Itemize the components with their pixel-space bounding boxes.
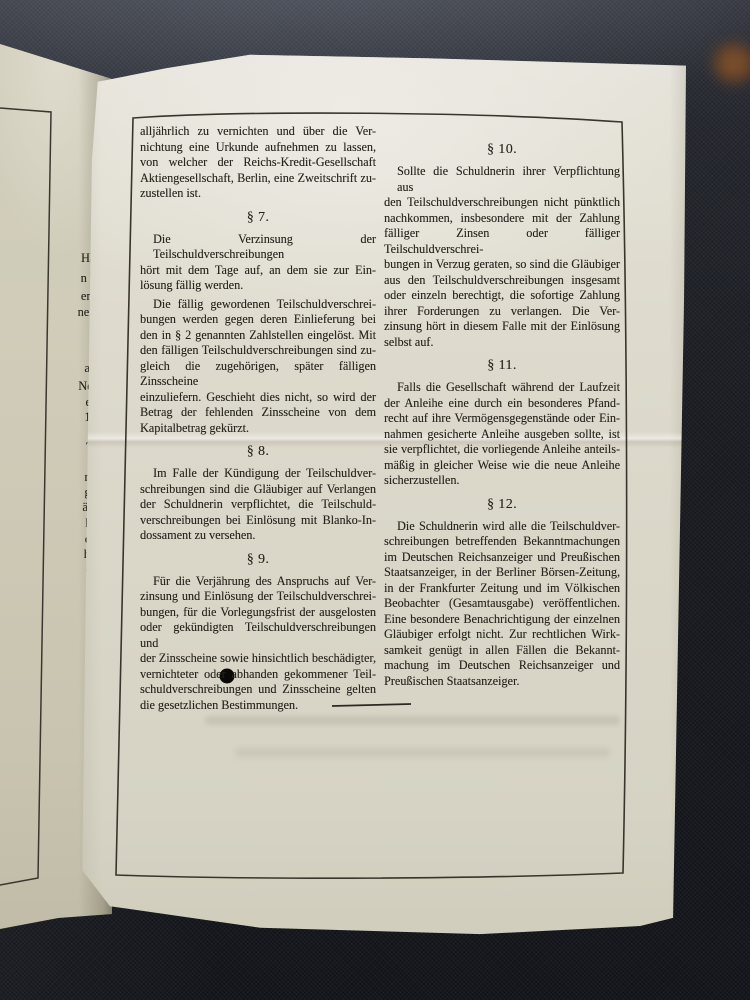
text-line: ihrer Forderungen zu verlangen. Die Ver-: [384, 304, 620, 320]
wood-floor-glimpse: [708, 38, 750, 88]
text-line: im Deutschen Reichsanzeiger und Preußisc…: [384, 550, 620, 566]
text-line: Kapitalbetrag gekürzt.: [140, 421, 376, 437]
text-line: den in § 2 genannten Zahlstellen eingelö…: [140, 328, 376, 344]
text-line: zinsung hört in diesem Falle mit der Ein…: [384, 319, 620, 335]
text-line: Beobachter (Gesamtausgabe) veröffentlich…: [384, 596, 620, 612]
text-line: bungen werden gegen deren Einlieferung b…: [140, 312, 376, 328]
text-line: der Schuldnerin verpflichtet, die Teilsc…: [140, 497, 376, 513]
photo-scene: Halb-n bei-en er-neinesahre;Nenn-e am196…: [0, 0, 750, 1000]
paragraph: alljährlich zu vernichten und über die V…: [140, 124, 376, 202]
text-line: fälliger Zinsen oder fälliger Teilschuld…: [384, 226, 620, 257]
text-line: zinsung und Einlösung der Teilschuldvers…: [140, 589, 376, 605]
text-line: alljährlich zu vernichten und über die V…: [140, 124, 376, 140]
text-line: von welcher der Reichs-Kredit-Gesellscha…: [140, 155, 376, 171]
section-heading: § 9.: [140, 551, 376, 569]
text-line: nahmen gesicherte Anleihe ausgeben sollt…: [384, 427, 620, 443]
paragraph: Falls die Gesellschaft während der Laufz…: [384, 380, 620, 489]
text-line: schreibungen sind die Gläubiger auf Verl…: [140, 482, 376, 498]
text-line: verschreibungen bei Einlösung mit Blanko…: [140, 513, 376, 529]
section-heading: § 12.: [384, 496, 620, 514]
text-line: schuldverschreibungen und Zinsscheine ge…: [140, 682, 376, 698]
text-line: gleich die zugehörigen, später fälligen …: [140, 359, 376, 390]
text-line: hört mit dem Tage auf, an dem sie zur Ei…: [140, 263, 376, 279]
text-line: oder einzeln berechtigt, die sofortige Z…: [384, 288, 620, 304]
paragraph: Die fällig gewordenen Teilschuldverschre…: [140, 297, 376, 437]
text-line: bungen in Verzug geraten, so sind die Gl…: [384, 257, 620, 273]
text-line: Aktiengesellschaft, Berlin, eine Zweitsc…: [140, 171, 376, 187]
text-line: nachkommen, insbesondere mit der Zahlung: [384, 211, 620, 227]
text-line: selbst auf.: [384, 335, 620, 351]
text-line: sicherzustellen.: [384, 473, 620, 489]
text-line: machung im Deutschen Reichsanzeiger und: [384, 658, 620, 674]
text-line: bungen, für die Vorlegungsfrist der ausg…: [140, 605, 376, 621]
text-line: mäßig in gleicher Weise wie die neue Anl…: [384, 458, 620, 474]
text-line: aus den Teilschuldverschreibungen insges…: [384, 273, 620, 289]
text-line: in der Frankfurter Zeitung und im Völkis…: [384, 581, 620, 597]
text-line: Eine besondere Benachrichtigung der einz…: [384, 612, 620, 628]
text-line: Für die Verjährung des Anspruchs auf Ver…: [140, 574, 376, 590]
section-heading: § 11.: [384, 357, 620, 375]
text-line: nichtung eine Urkunde aufnehmen zu lasse…: [140, 140, 376, 156]
section-heading: § 8.: [140, 443, 376, 461]
section-heading: § 10.: [384, 141, 620, 159]
paragraph: Im Falle der Kündigung der Teilschuldver…: [140, 466, 376, 544]
text-column-right: § 10.Sollte die Schuldnerin ihrer Verpfl…: [384, 134, 620, 692]
paragraph: Die Verzinsung der Teilschuldverschreibu…: [140, 232, 376, 294]
paragraph: Für die Verjährung des Anspruchs auf Ver…: [140, 574, 376, 714]
text-line: samkeit genügt in allen Fällen die Bekan…: [384, 643, 620, 659]
text-line: Staatsanzeiger, in der Berliner Börsen-Z…: [384, 565, 620, 581]
text-line: der Zinsscheine sowie hinsichtlich besch…: [140, 651, 376, 667]
text-line: Gläubiger erfolgt nicht. Zur rechtlichen…: [384, 627, 620, 643]
text-line: Falls die Gesellschaft während der Laufz…: [384, 380, 620, 396]
text-line: dossament zu versehen.: [140, 528, 376, 544]
text-line: oder gekündigten Teilschuldverschreibung…: [140, 620, 376, 651]
text-line: die gesetzlichen Bestimmungen.: [140, 698, 376, 714]
text-line: Die Verzinsung der Teilschuldverschreibu…: [140, 232, 376, 263]
text-line: Im Falle der Kündigung der Teilschuldver…: [140, 466, 376, 482]
text-line: Preußischen Staatsanzeiger.: [384, 674, 620, 690]
paragraph: Sollte die Schuldnerin ihrer Verpflichtu…: [384, 164, 620, 350]
text-line: den Teilschuldverschreibungen nicht pünk…: [384, 195, 620, 211]
text-line: Sollte die Schuldnerin ihrer Verpflichtu…: [384, 164, 620, 195]
text-line: der Anleihe eine durch ein besonderes Pf…: [384, 396, 620, 412]
text-line: Die fällig gewordenen Teilschuldverschre…: [140, 297, 376, 313]
text-line: recht auf ihre Vermögensgegenstände oder…: [384, 411, 620, 427]
text-column-left: alljährlich zu vernichten und über die V…: [140, 124, 376, 716]
text-line: vernichteter oder abhanden gekommener Te…: [140, 667, 376, 683]
section-heading: § 7.: [140, 209, 376, 227]
text-line: den fälligen Teilschuldverschreibungen s…: [140, 343, 376, 359]
text-line: zustellen ist.: [140, 186, 376, 202]
text-line: Die Schuldnerin wird alle die Teilschuld…: [384, 519, 620, 535]
text-line: schreibungen betreffenden Bekanntmachung…: [384, 534, 620, 550]
text-line: sie verpflichtet, die vorliegende Anleih…: [384, 442, 620, 458]
text-line: Betrag der fehlenden Zinsscheine von dem: [140, 405, 376, 421]
text-line: lösung fällig werden.: [140, 278, 376, 294]
paragraph: Die Schuldnerin wird alle die Teilschuld…: [384, 519, 620, 690]
text-line: einzuliefern. Geschieht dies nicht, so w…: [140, 390, 376, 406]
